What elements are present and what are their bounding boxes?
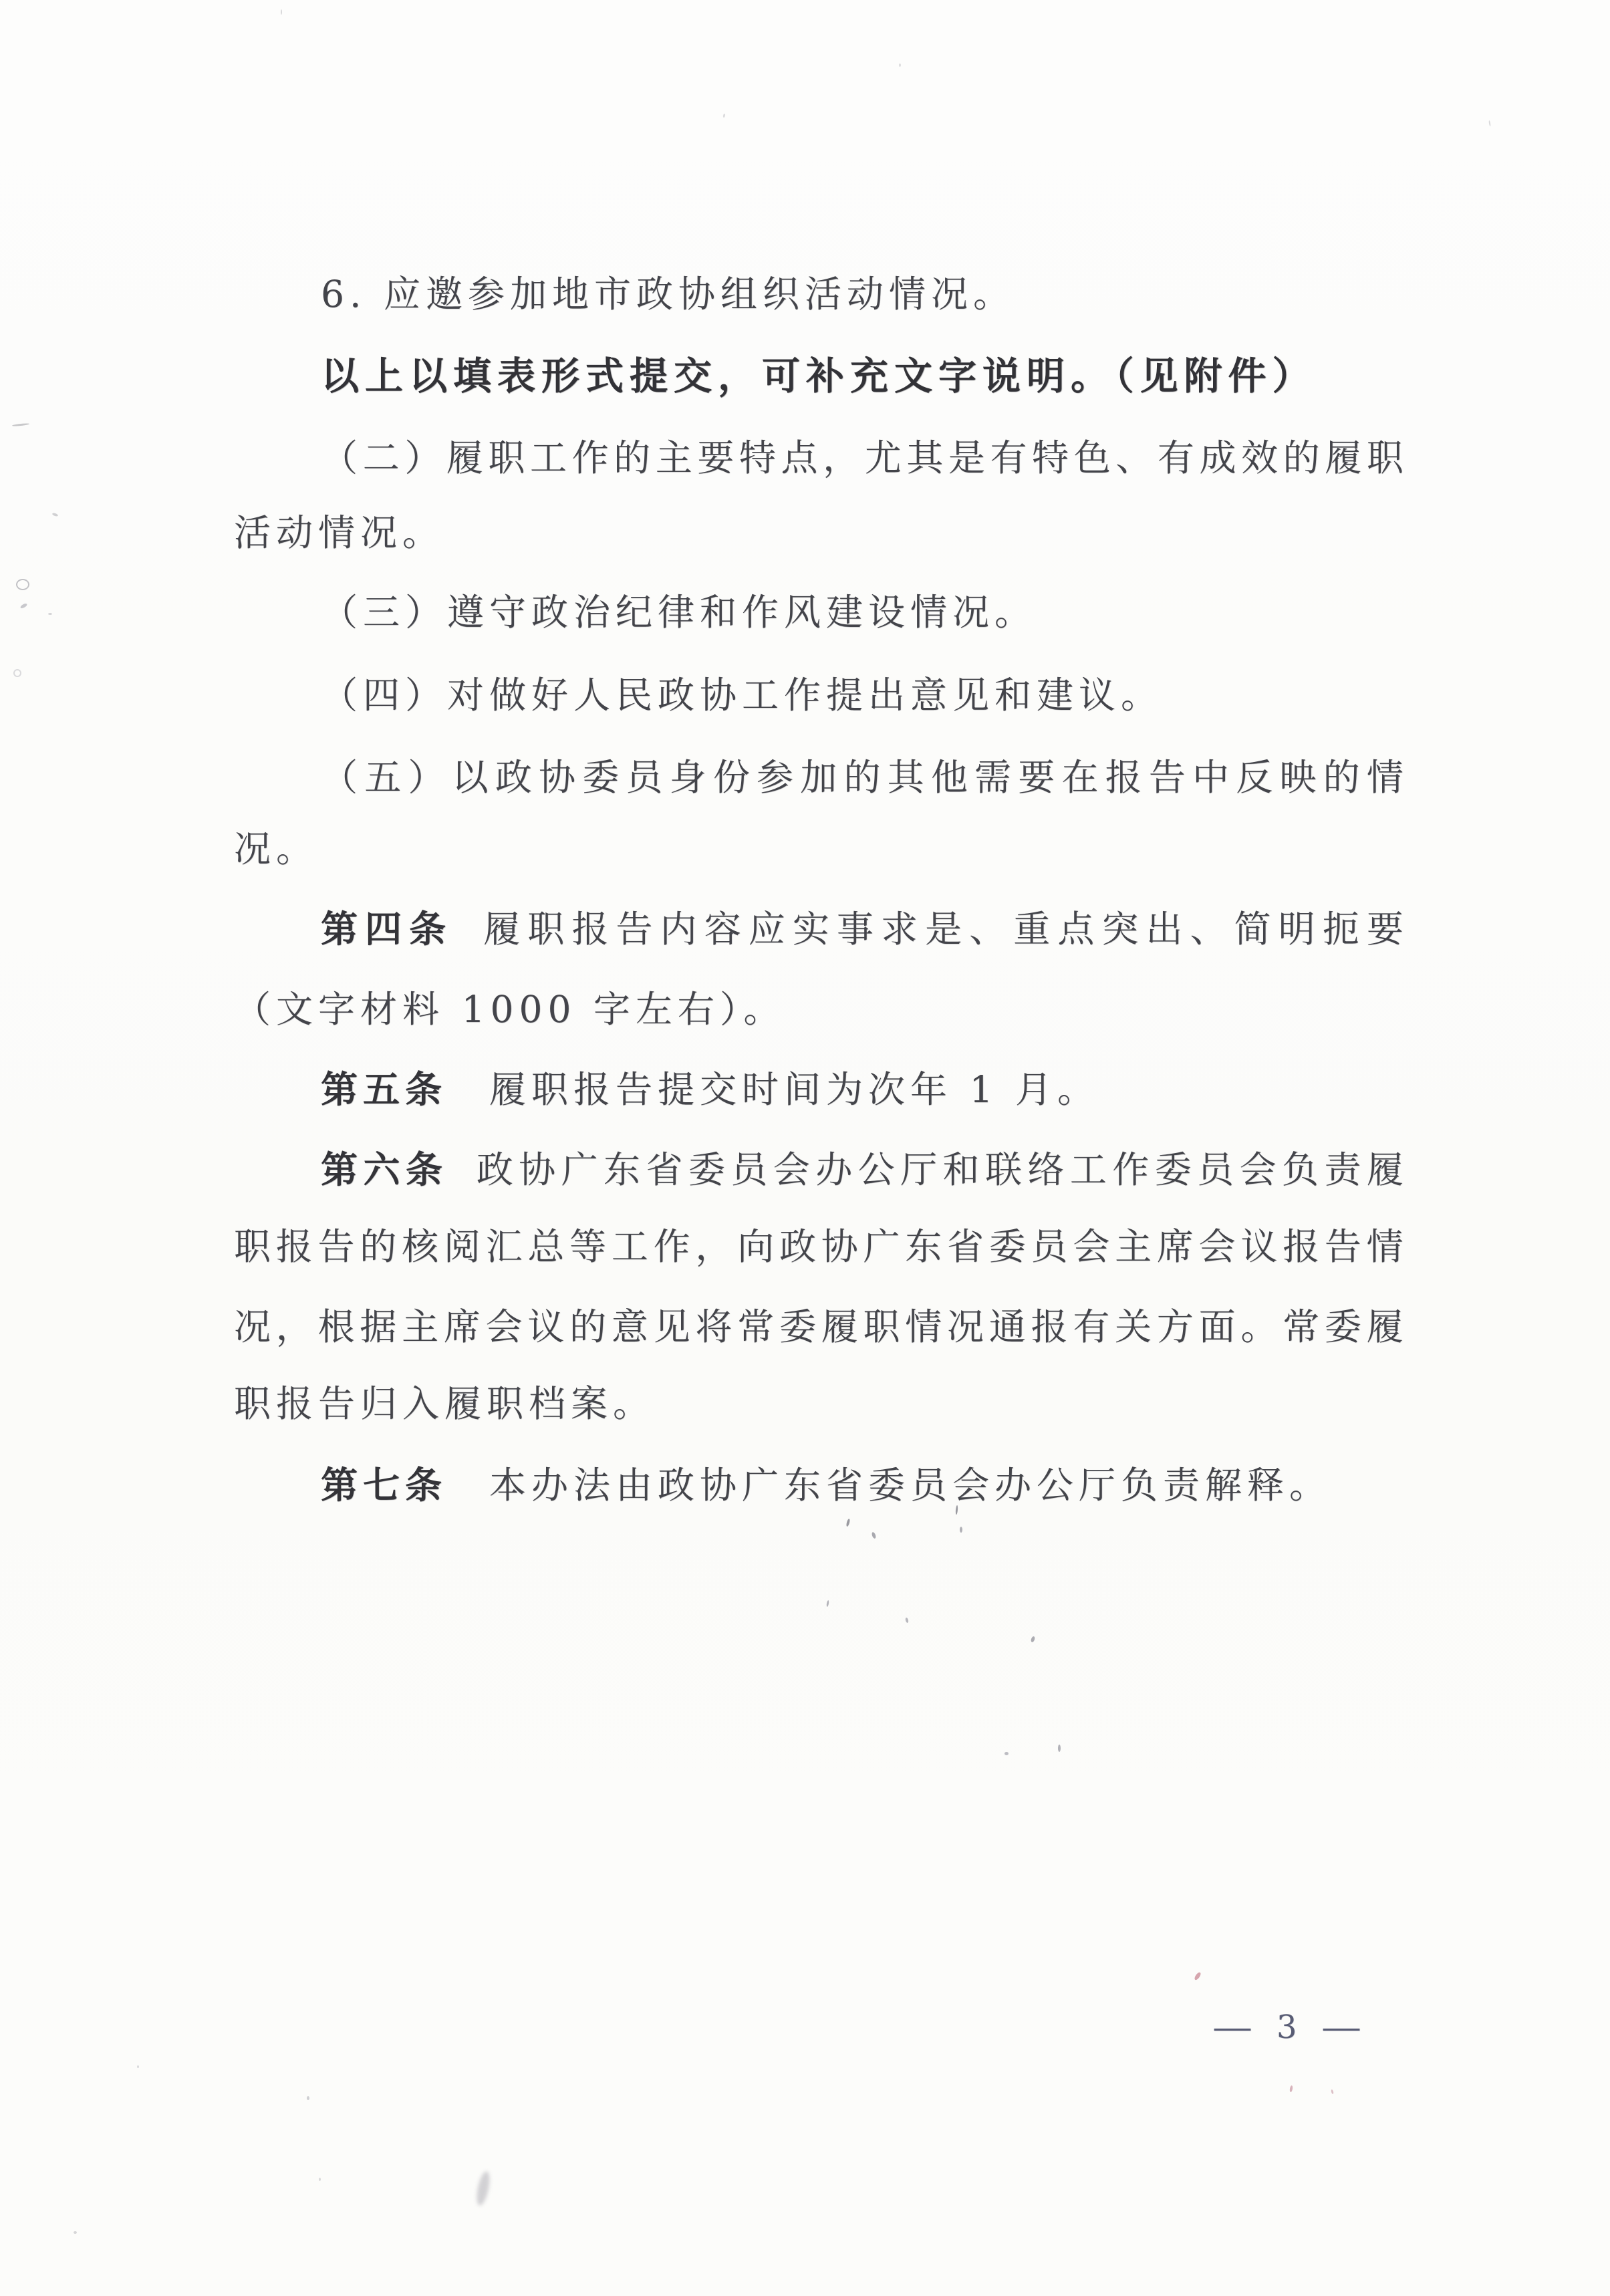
scan-speck (475, 2170, 492, 2206)
text-char: 份 (713, 737, 750, 817)
text-char: 协 (821, 1206, 858, 1287)
text-char: 有 (990, 418, 1027, 498)
text-char: 东 (603, 1130, 640, 1210)
scan-speck (1194, 1971, 1202, 1981)
text-char: 他 (931, 737, 968, 817)
text-char: 常 (737, 1287, 774, 1367)
text-line: 6. 应邀参加地市政协组织活动情况。 (321, 254, 1403, 334)
text-char: 职 (488, 418, 525, 498)
text-char: （ (321, 418, 358, 498)
text-char: 会 (1073, 1206, 1109, 1287)
text-char: 东 (905, 1206, 942, 1287)
page-number-value: 3 (1277, 1997, 1297, 2057)
text-char: 其 (888, 737, 924, 817)
scan-speck (19, 603, 27, 610)
text-char: 议 (527, 1287, 564, 1367)
text-char: 内 (660, 889, 697, 969)
text-char: 会 (773, 1130, 810, 1210)
page-number-right-dash: — (1321, 1997, 1361, 2057)
text-char: 作 (1112, 1130, 1149, 1210)
text-char: 将 (695, 1287, 732, 1367)
text-char: 报 (1031, 1287, 1068, 1367)
text-line: （三）遵守政治纪律和作风建设情况。 (321, 572, 1403, 652)
text-char: 厅 (900, 1130, 937, 1210)
text-char: 公 (858, 1130, 895, 1210)
scan-speck (52, 513, 59, 517)
text-char: 履 (821, 1287, 858, 1367)
scan-speck (307, 2096, 309, 2100)
text-line: 以上以填表形式提交，可补充文字说明。（见附件） (321, 336, 1403, 416)
text-char: 应 (749, 889, 785, 969)
text-char: 简 (1234, 889, 1271, 969)
text-char: 加 (800, 737, 837, 817)
text-line: 况，根据主席会议的意见将常委履职情况通报有关方面。常委履 (234, 1287, 1403, 1367)
text-char: 特 (739, 418, 776, 498)
scan-speck (826, 1600, 829, 1607)
text-char: 容 (704, 889, 741, 969)
text-char: 其 (906, 418, 943, 498)
scan-speck (905, 1618, 909, 1624)
text-char: 职 (1367, 418, 1403, 498)
text-char: 主 (402, 1287, 438, 1367)
text-char: 告 (616, 889, 653, 969)
text-char: 五 (364, 737, 401, 817)
text-char: 广 (561, 1130, 598, 1210)
page-number-left-dash: — (1212, 1997, 1252, 2057)
text-char: 委 (582, 737, 619, 817)
text-char: 省 (947, 1206, 984, 1287)
scan-speck (722, 114, 725, 118)
text-char: 会 (1240, 1130, 1277, 1210)
text-char: 络 (1027, 1130, 1064, 1210)
text-char: 委 (989, 1206, 1026, 1287)
scan-speck (1004, 1752, 1009, 1755)
scan-speck (74, 2231, 77, 2234)
text-char: 出 (1146, 889, 1182, 969)
text-char: 实 (793, 889, 829, 969)
text-char: 据 (360, 1287, 396, 1367)
line-text: 本办法由政协广东省委员会办公厅负责解释。 (489, 1464, 1331, 1507)
text-char: 告 (1325, 1206, 1361, 1287)
text-char: 色 (1074, 418, 1111, 498)
text-char: 事 (837, 889, 874, 969)
text-char: 广 (863, 1206, 900, 1287)
text-char: 联 (985, 1130, 1022, 1210)
scan-speck (48, 613, 52, 615)
text-char: 协 (519, 1130, 555, 1210)
text-char: 汇 (486, 1206, 523, 1287)
text-char: 是 (925, 889, 962, 969)
text-char: 、 (1190, 889, 1227, 969)
text-char: 的 (614, 418, 650, 498)
text-char: 见 (654, 1287, 690, 1367)
text-char: 履 (1325, 418, 1361, 498)
scan-speck (13, 669, 21, 677)
text-char: 需 (974, 737, 1011, 817)
text-line: 职报告归入履职档案。 (234, 1364, 1403, 1444)
article-number-char: 第 (321, 1130, 358, 1210)
text-char: 等 (569, 1206, 606, 1287)
text-char: 工 (612, 1206, 648, 1287)
text-char: 席 (444, 1287, 481, 1367)
text-char: 会 (1199, 1206, 1236, 1287)
text-char: ， (823, 418, 859, 498)
text-char: 中 (1192, 737, 1229, 817)
text-char: 有 (1158, 418, 1194, 498)
text-char: 根 (318, 1287, 355, 1367)
scan-speck (871, 1531, 876, 1539)
text-char: 身 (670, 737, 706, 817)
article-number-char: 第 (321, 889, 358, 969)
text-char: 履 (446, 418, 483, 498)
text-char: 点 (781, 418, 818, 498)
text-line: 职报告的核阅汇总等工作，向政协广东省委员会主席会议报告情 (234, 1206, 1403, 1287)
text-char: 要 (1018, 737, 1055, 817)
text-char: 尤 (865, 418, 902, 498)
text-char: 点 (1057, 889, 1094, 969)
text-char: 办 (815, 1130, 852, 1210)
text-char: 求 (881, 889, 918, 969)
text-char: 报 (1283, 1206, 1319, 1287)
text-char: 情 (1367, 737, 1403, 817)
article-number: 第五条 (321, 1067, 447, 1111)
text-char: 省 (646, 1130, 682, 1210)
article-number-char: 条 (406, 1130, 442, 1210)
text-char: 的 (569, 1287, 606, 1367)
article-number-char: 条 (409, 889, 446, 969)
text-char: 、 (969, 889, 1006, 969)
text-char: 要 (1367, 889, 1403, 969)
scan-speck (1289, 2085, 1293, 2093)
text-char: 重 (1013, 889, 1050, 969)
text-char: 阅 (444, 1206, 481, 1287)
scan-speck (319, 2178, 321, 2181)
text-char: 席 (1157, 1206, 1194, 1287)
text-char: 报 (276, 1206, 313, 1287)
text-char: 特 (1032, 418, 1069, 498)
text-char: 工 (1070, 1130, 1107, 1210)
text-char: 告 (318, 1206, 355, 1287)
scan-speck (960, 1527, 962, 1533)
text-char: 。 (1240, 1287, 1277, 1367)
text-char: 协 (539, 737, 575, 817)
scan-speck (281, 9, 282, 15)
text-char: 扼 (1323, 889, 1359, 969)
text-char: 工 (530, 418, 567, 498)
text-line: 第七条 本办法由政协广东省委员会办公厅负责解释。 (321, 1445, 1403, 1525)
text-line: （二）履职工作的主要特点，尤其是有特色、有成效的履职 (321, 418, 1403, 498)
text-char: 意 (612, 1287, 648, 1367)
text-char: 政 (779, 1206, 816, 1287)
text-char: （ (321, 737, 358, 817)
text-char: 履 (1367, 1130, 1403, 1210)
text-char: 明 (1279, 889, 1315, 969)
text-char: 主 (656, 418, 692, 498)
scan-speck (12, 423, 29, 427)
text-char: 报 (1105, 737, 1142, 817)
text-char: 突 (1101, 889, 1138, 969)
text-char: 委 (688, 1130, 725, 1210)
scan-speck (1488, 120, 1491, 126)
page-number: —3— (1216, 1997, 1357, 2057)
text-char: 负 (1282, 1130, 1319, 1210)
text-char: 有 (1073, 1287, 1109, 1367)
text-char: 责 (1324, 1130, 1361, 1210)
text-char: 议 (1240, 1206, 1277, 1287)
text-char: 的 (843, 737, 880, 817)
article-number: 第七条 (321, 1463, 447, 1507)
text-char: 委 (779, 1287, 816, 1367)
text-char: 情 (905, 1287, 942, 1367)
text-char: 况 (234, 1287, 271, 1367)
text-char: 关 (1115, 1287, 1152, 1367)
scan-speck (899, 63, 901, 67)
text-char: 的 (1283, 418, 1320, 498)
text-char: 员 (1031, 1206, 1068, 1287)
scan-speck (1058, 1745, 1061, 1752)
text-char: 反 (1236, 737, 1272, 817)
text-char: 总 (527, 1206, 564, 1287)
text-char: 告 (1149, 737, 1186, 817)
text-char: 面 (1199, 1287, 1236, 1367)
text-char: 作 (572, 418, 609, 498)
article-number-char: 六 (363, 1130, 400, 1210)
text-char: 核 (402, 1206, 438, 1287)
text-char: 成 (1199, 418, 1236, 498)
text-char: 职 (863, 1287, 900, 1367)
text-char: 和 (943, 1130, 980, 1210)
text-line: 第六条政协广东省委员会办公厅和联络工作委员会负责履 (321, 1130, 1403, 1210)
text-char: 情 (1367, 1206, 1403, 1287)
text-char: ） (404, 418, 441, 498)
scan-speck (1331, 2089, 1334, 2095)
text-char: 职 (234, 1206, 271, 1287)
text-char: ， (276, 1287, 313, 1367)
text-char: 的 (360, 1206, 396, 1287)
scan-speck (137, 2065, 139, 2068)
text-line: （五）以政协委员身份参加的其他需要在报告中反映的情 (321, 737, 1403, 817)
text-char: 履 (1367, 1287, 1403, 1367)
text-char: 报 (571, 889, 608, 969)
article-number-char: 四 (365, 889, 402, 969)
document-page: 6. 应邀参加地市政协组织活动情况。以上以填表形式提交，可补充文字说明。（见附件… (0, 0, 1610, 2296)
text-char: 效 (1241, 418, 1278, 498)
text-line: 活动情况。 (234, 493, 1403, 573)
text-char: 在 (1061, 737, 1098, 817)
text-line: （文字材料 1000 字左右）。 (234, 969, 1403, 1049)
text-char: 员 (1197, 1130, 1234, 1210)
text-line: 第四条履职报告内容应实事求是、重点突出、简明扼要 (321, 889, 1403, 969)
text-char: 员 (626, 737, 662, 817)
text-char: 、 (1115, 418, 1152, 498)
text-char: ， (695, 1206, 732, 1287)
text-line: 第五条 履职报告提交时间为次年 1 月。 (321, 1049, 1403, 1130)
text-char: 况 (947, 1287, 984, 1367)
text-char: 作 (654, 1206, 690, 1287)
text-char: 员 (730, 1130, 767, 1210)
text-line: （四）对做好人民政协工作提出意见和建议。 (321, 655, 1403, 735)
text-char: 映 (1279, 737, 1316, 817)
line-text: 履职报告提交时间为次年 1 月。 (489, 1068, 1099, 1111)
text-char: 主 (1115, 1206, 1152, 1287)
text-char: 政 (495, 737, 532, 817)
text-char: 委 (1155, 1130, 1192, 1210)
text-char: 会 (486, 1287, 523, 1367)
text-char: 常 (1283, 1287, 1319, 1367)
text-line: 况。 (234, 809, 1403, 889)
text-char: 通 (989, 1287, 1026, 1367)
text-char: 委 (1325, 1287, 1361, 1367)
text-char: 二 (363, 418, 400, 498)
ideographic-space (448, 1130, 471, 1210)
text-char: 要 (697, 418, 734, 498)
text-char: 政 (477, 1130, 513, 1210)
scan-speck (1031, 1636, 1036, 1642)
text-char: 履 (483, 889, 520, 969)
scan-speck (16, 579, 29, 590)
text-char: 的 (1323, 737, 1360, 817)
text-char: 参 (757, 737, 793, 817)
text-char: 向 (737, 1206, 774, 1287)
text-char: ） (408, 737, 444, 817)
text-char: 职 (527, 889, 564, 969)
text-char: 方 (1157, 1287, 1194, 1367)
ideographic-space (453, 889, 476, 969)
text-char: 是 (948, 418, 985, 498)
text-char: 以 (452, 737, 489, 817)
